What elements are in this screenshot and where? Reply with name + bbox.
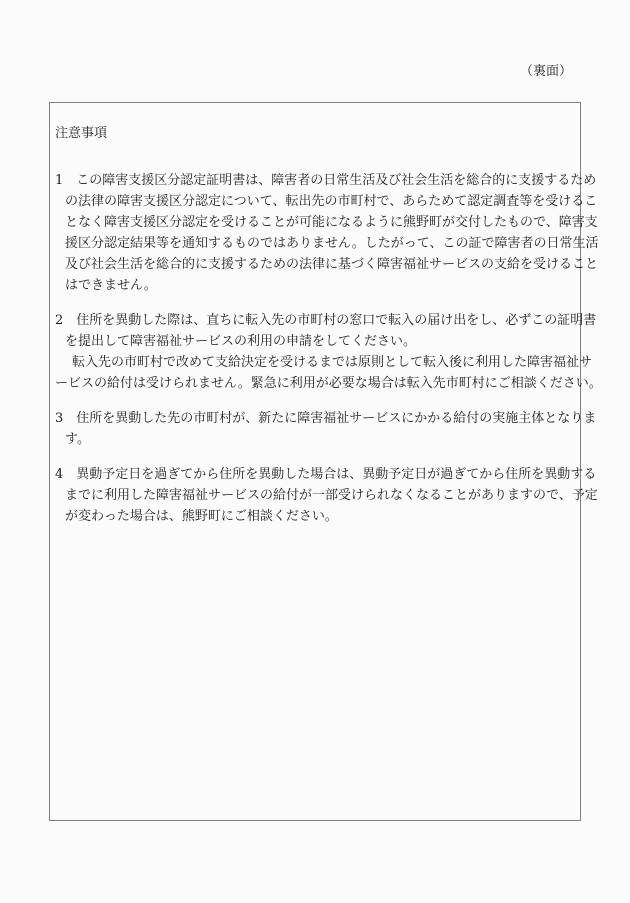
note-sub-line-text: 転入先の市町村で改めて支給決定を受けるまでは原則として転入後に利用した障害福祉サ bbox=[55, 352, 576, 373]
note-item: 3住所を異動した先の市町村が、新たに障害福祉サービスにかかる給付の実施主体となり… bbox=[55, 408, 576, 450]
notes-list: 1この障害支援区分認定証明書は、障害者の日常生活及び社会生活を総合的に支援するた… bbox=[55, 170, 576, 527]
note-line-text: 援区分認定結果等を通知するものではありません。したがって、この証で障害者の日常生… bbox=[55, 233, 576, 254]
note-line-text: 異動予定日を過ぎてから住所を異動した場合は、異動予定日が過ぎてから住所を異動する bbox=[76, 467, 596, 482]
note-line-text: を提出して障害福祉サービスの利用の申請をしてください。 bbox=[55, 331, 576, 352]
document-page: { "page": { "side_label": "（裏面）" }, "not… bbox=[0, 0, 630, 903]
note-item-first-line: 2住所を異動した際は、直ちに転入先の市町村の窓口で転入の届け出をし、必ずこの証明… bbox=[55, 310, 576, 331]
note-item-number: 1 bbox=[55, 170, 63, 191]
note-line-text: この障害支援区分認定証明書は、障害者の日常生活及び社会生活を総合的に支援するため bbox=[76, 173, 596, 188]
note-line-text: 住所を異動した際は、直ちに転入先の市町村の窓口で転入の届け出をし、必ずこの証明書 bbox=[76, 313, 596, 328]
note-item: 2住所を異動した際は、直ちに転入先の市町村の窓口で転入の届け出をし、必ずこの証明… bbox=[55, 310, 576, 394]
note-line-text: までに利用した障害福祉サービスの給付が一部受けられなくなることがありますので、予… bbox=[55, 485, 576, 506]
note-item-first-line: 3住所を異動した先の市町村が、新たに障害福祉サービスにかかる給付の実施主体となり… bbox=[55, 408, 576, 429]
note-line-text: す。 bbox=[55, 429, 576, 450]
page-side-label: （裏面） bbox=[0, 0, 630, 81]
notice-heading: 注意事項 bbox=[55, 123, 576, 144]
note-item-number: 2 bbox=[55, 310, 63, 331]
note-line-text: 及び社会生活を総合的に支援するための法律に基づく障害福祉サービスの支給を受けるこ… bbox=[55, 254, 576, 275]
note-item-first-line: 4異動予定日を過ぎてから住所を異動した場合は、異動予定日が過ぎてから住所を異動す… bbox=[55, 464, 576, 485]
note-line-text: はできません。 bbox=[55, 275, 576, 296]
note-item: 4異動予定日を過ぎてから住所を異動した場合は、異動予定日が過ぎてから住所を異動す… bbox=[55, 464, 576, 527]
note-line-text: が変わった場合は、熊野町にご相談ください。 bbox=[55, 506, 576, 527]
note-sub-line-text: ービスの給付は受けられません。緊急に利用が必要な場合は転入先市町村にご相談くださ… bbox=[55, 373, 576, 394]
notice-box: 注意事項 1この障害支援区分認定証明書は、障害者の日常生活及び社会生活を総合的に… bbox=[49, 102, 581, 821]
note-line-text: となく障害支援区分認定を受けることが可能になるように熊野町が交付したもので、障害… bbox=[55, 212, 576, 233]
note-item-number: 3 bbox=[55, 408, 63, 429]
note-item-number: 4 bbox=[55, 464, 63, 485]
note-item: 1この障害支援区分認定証明書は、障害者の日常生活及び社会生活を総合的に支援するた… bbox=[55, 170, 576, 296]
note-line-text: 住所を異動した先の市町村が、新たに障害福祉サービスにかかる給付の実施主体となりま bbox=[76, 411, 596, 426]
note-item-first-line: 1この障害支援区分認定証明書は、障害者の日常生活及び社会生活を総合的に支援するた… bbox=[55, 170, 576, 191]
note-line-text: の法律の障害支援区分認定について、転出先の市町村で、あらためて認定調査等を受ける… bbox=[55, 191, 576, 212]
